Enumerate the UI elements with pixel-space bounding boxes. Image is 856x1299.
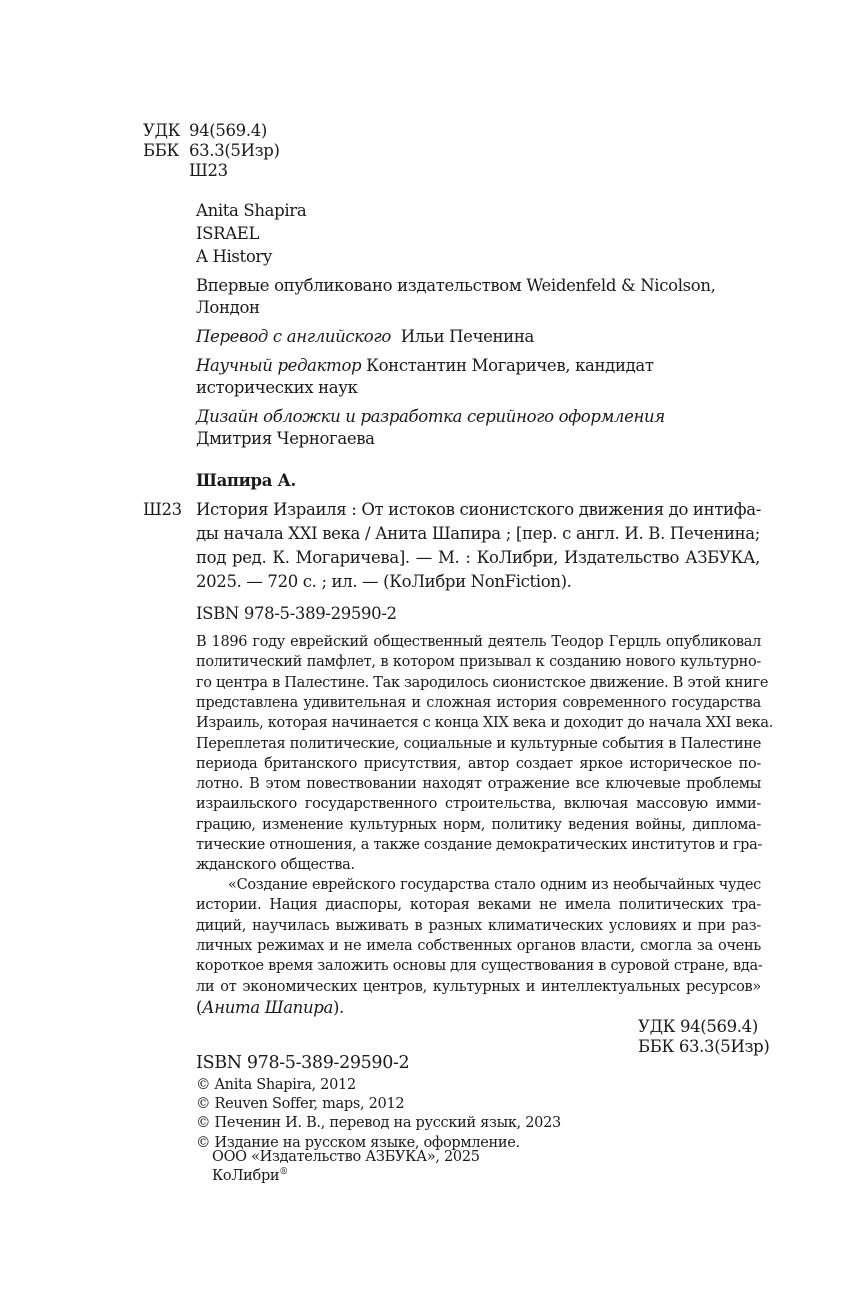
editor-label: Научный редактор	[196, 356, 361, 375]
annotation-line: истории. Нация диаспоры, которая веками …	[196, 896, 761, 915]
annotation-line: короткое время заложить основы для сущес…	[196, 957, 761, 976]
copyright-line: © Reuven Soffer, maps, 2012	[196, 1095, 404, 1114]
annotation-line: лотно. В этом повествовании находят отра…	[196, 775, 761, 794]
footer-bbk: ББК 63.3(5Изр)	[638, 1036, 769, 1058]
annotation-attribution: (Анита Шапира).	[196, 997, 344, 1019]
annotation-line: «Создание еврейского государства стало о…	[228, 876, 761, 895]
footer-udk: УДК 94(569.4)	[638, 1016, 758, 1038]
imprint-name: КоЛибри	[212, 1168, 279, 1184]
annotation-line: тические отношения, а также создание дем…	[196, 836, 761, 855]
udk-label: УДК	[143, 120, 180, 142]
annotation-line: грацию, изменение культурных норм, полит…	[196, 816, 761, 835]
annotation-line: политический памфлет, в котором призывал…	[196, 653, 761, 672]
editor-name-line2: исторических наук	[196, 377, 358, 399]
copyright-line: © Печенин И. В., перевод на русский язык…	[196, 1114, 561, 1133]
catalog-line: История Израиля : От истоков сионистског…	[196, 499, 760, 521]
original-title: ISRAEL	[196, 223, 259, 245]
imprint-line: КоЛибри®	[212, 1167, 288, 1186]
annotation-line: жданского общества.	[196, 856, 355, 875]
catalog-line: ды начала XXI века / Анита Шапира ; [пер…	[196, 523, 760, 545]
translation-label: Перевод с английского	[196, 327, 391, 346]
translation-name: Ильи Печенина	[401, 327, 534, 346]
translation-credit: Перевод с английского Ильи Печенина	[196, 326, 534, 348]
copyright-line: © Anita Shapira, 2012	[196, 1076, 356, 1095]
author-mark: Ш23	[189, 160, 228, 182]
bbk-label: ББК	[143, 140, 179, 162]
catalog-line: 2025. — 720 с. ; ил. — (КоЛибри NonFicti…	[196, 571, 572, 593]
catalog-heading: Шапира А.	[196, 470, 296, 492]
annotation-line: диций, научилась выживать в разных клима…	[196, 917, 761, 936]
footer-isbn: ISBN 978-5-389-29590-2	[196, 1052, 409, 1074]
annotation-line: Израиль, которая начинается с конца XIX …	[196, 714, 761, 733]
design-label: Дизайн обложки и разработка серийного оф…	[196, 406, 665, 428]
annotation-line: ли от экономических центров, культурных …	[196, 978, 761, 997]
udk-value: 94(569.4)	[189, 120, 267, 142]
copyright-page: УДК 94(569.4) ББК 63.3(5Изр) Ш23 Anita S…	[0, 0, 856, 1299]
attribution-name: Анита Шапира	[202, 998, 333, 1017]
annotation-line: Переплетая политические, социальные и ку…	[196, 735, 761, 754]
editor-credit: Научный редактор Константин Могаричев, к…	[196, 355, 654, 377]
annotation-line: периода британского присутствия, автор с…	[196, 755, 761, 774]
registered-mark: ®	[279, 1167, 288, 1177]
annotation-line: В 1896 году еврейский общественный деяте…	[196, 633, 761, 652]
editor-name: Константин Могаричев, кандидат	[366, 356, 654, 375]
publisher-line: ООО «Издательство АЗБУКА», 2025	[212, 1148, 480, 1167]
first-published-line1: Впервые опубликовано издательством Weide…	[196, 275, 716, 297]
original-subtitle: A History	[196, 246, 272, 268]
bbk-value: 63.3(5Изр)	[189, 140, 280, 162]
annotation-line: представлена удивительная и сложная исто…	[196, 694, 761, 713]
design-name: Дмитрия Черногаева	[196, 428, 375, 450]
catalog-line: под ред. К. Могаричева]. — М. : КоЛибри,…	[196, 547, 760, 569]
catalog-mark: Ш23	[143, 499, 182, 521]
annotation-line: го центра в Палестине. Так зародилось си…	[196, 674, 761, 693]
annotation-line: личных режимах и не имела собственных ор…	[196, 937, 761, 956]
original-author: Anita Shapira	[196, 200, 306, 222]
annotation-line: израильского государственного строительс…	[196, 795, 761, 814]
first-published-line2: Лондон	[196, 297, 260, 319]
catalog-isbn: ISBN 978-5-389-29590-2	[196, 603, 397, 625]
